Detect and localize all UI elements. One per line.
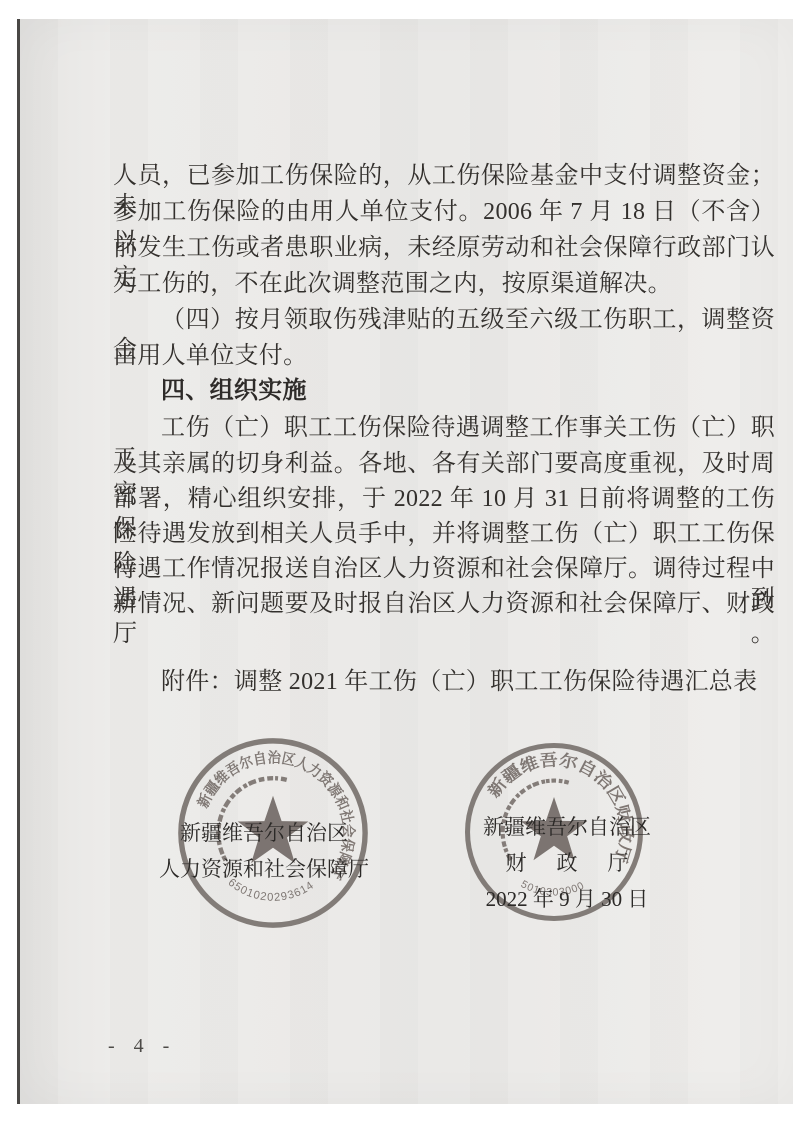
signature-org-line: 新疆维吾尔自治区 [447, 809, 687, 845]
scanned-page: 人员，已参加工伤保险的，从工伤保险基金中支付调整资金；未 参加工伤保险的由用人单… [17, 19, 793, 1104]
section-heading: 四、组织实施 [113, 376, 775, 406]
doc-line: 为工伤的，不在此次调整范围之内，按原渠道解决。 [113, 269, 775, 299]
doc-line: 由用人单位支付。 [113, 341, 775, 371]
signature-date: 2022 年 9 月 30 日 [447, 881, 687, 917]
page-number: - 4 - [108, 1035, 176, 1058]
doc-line: 新情况、新问题要及时报自治区人力资源和社会保障厅、财政厅。 [113, 589, 775, 649]
uyghur-script-arc [544, 781, 569, 783]
signature-org-line: 新疆维吾尔自治区 [144, 815, 384, 851]
uyghur-script-arc [262, 778, 287, 780]
signature-org-line: 人力资源和社会保障厅 [144, 851, 384, 887]
signature-block-right: 新疆维吾尔自治区 财政厅 2022 年 9 月 30 日 [447, 809, 687, 917]
attachment-line: 附件：调整 2021 年工伤（亡）职工工伤保险待遇汇总表 [113, 667, 775, 697]
signature-block-left: 新疆维吾尔自治区 人力资源和社会保障厅 [144, 815, 384, 887]
signature-org-line: 财政厅 [447, 845, 687, 881]
